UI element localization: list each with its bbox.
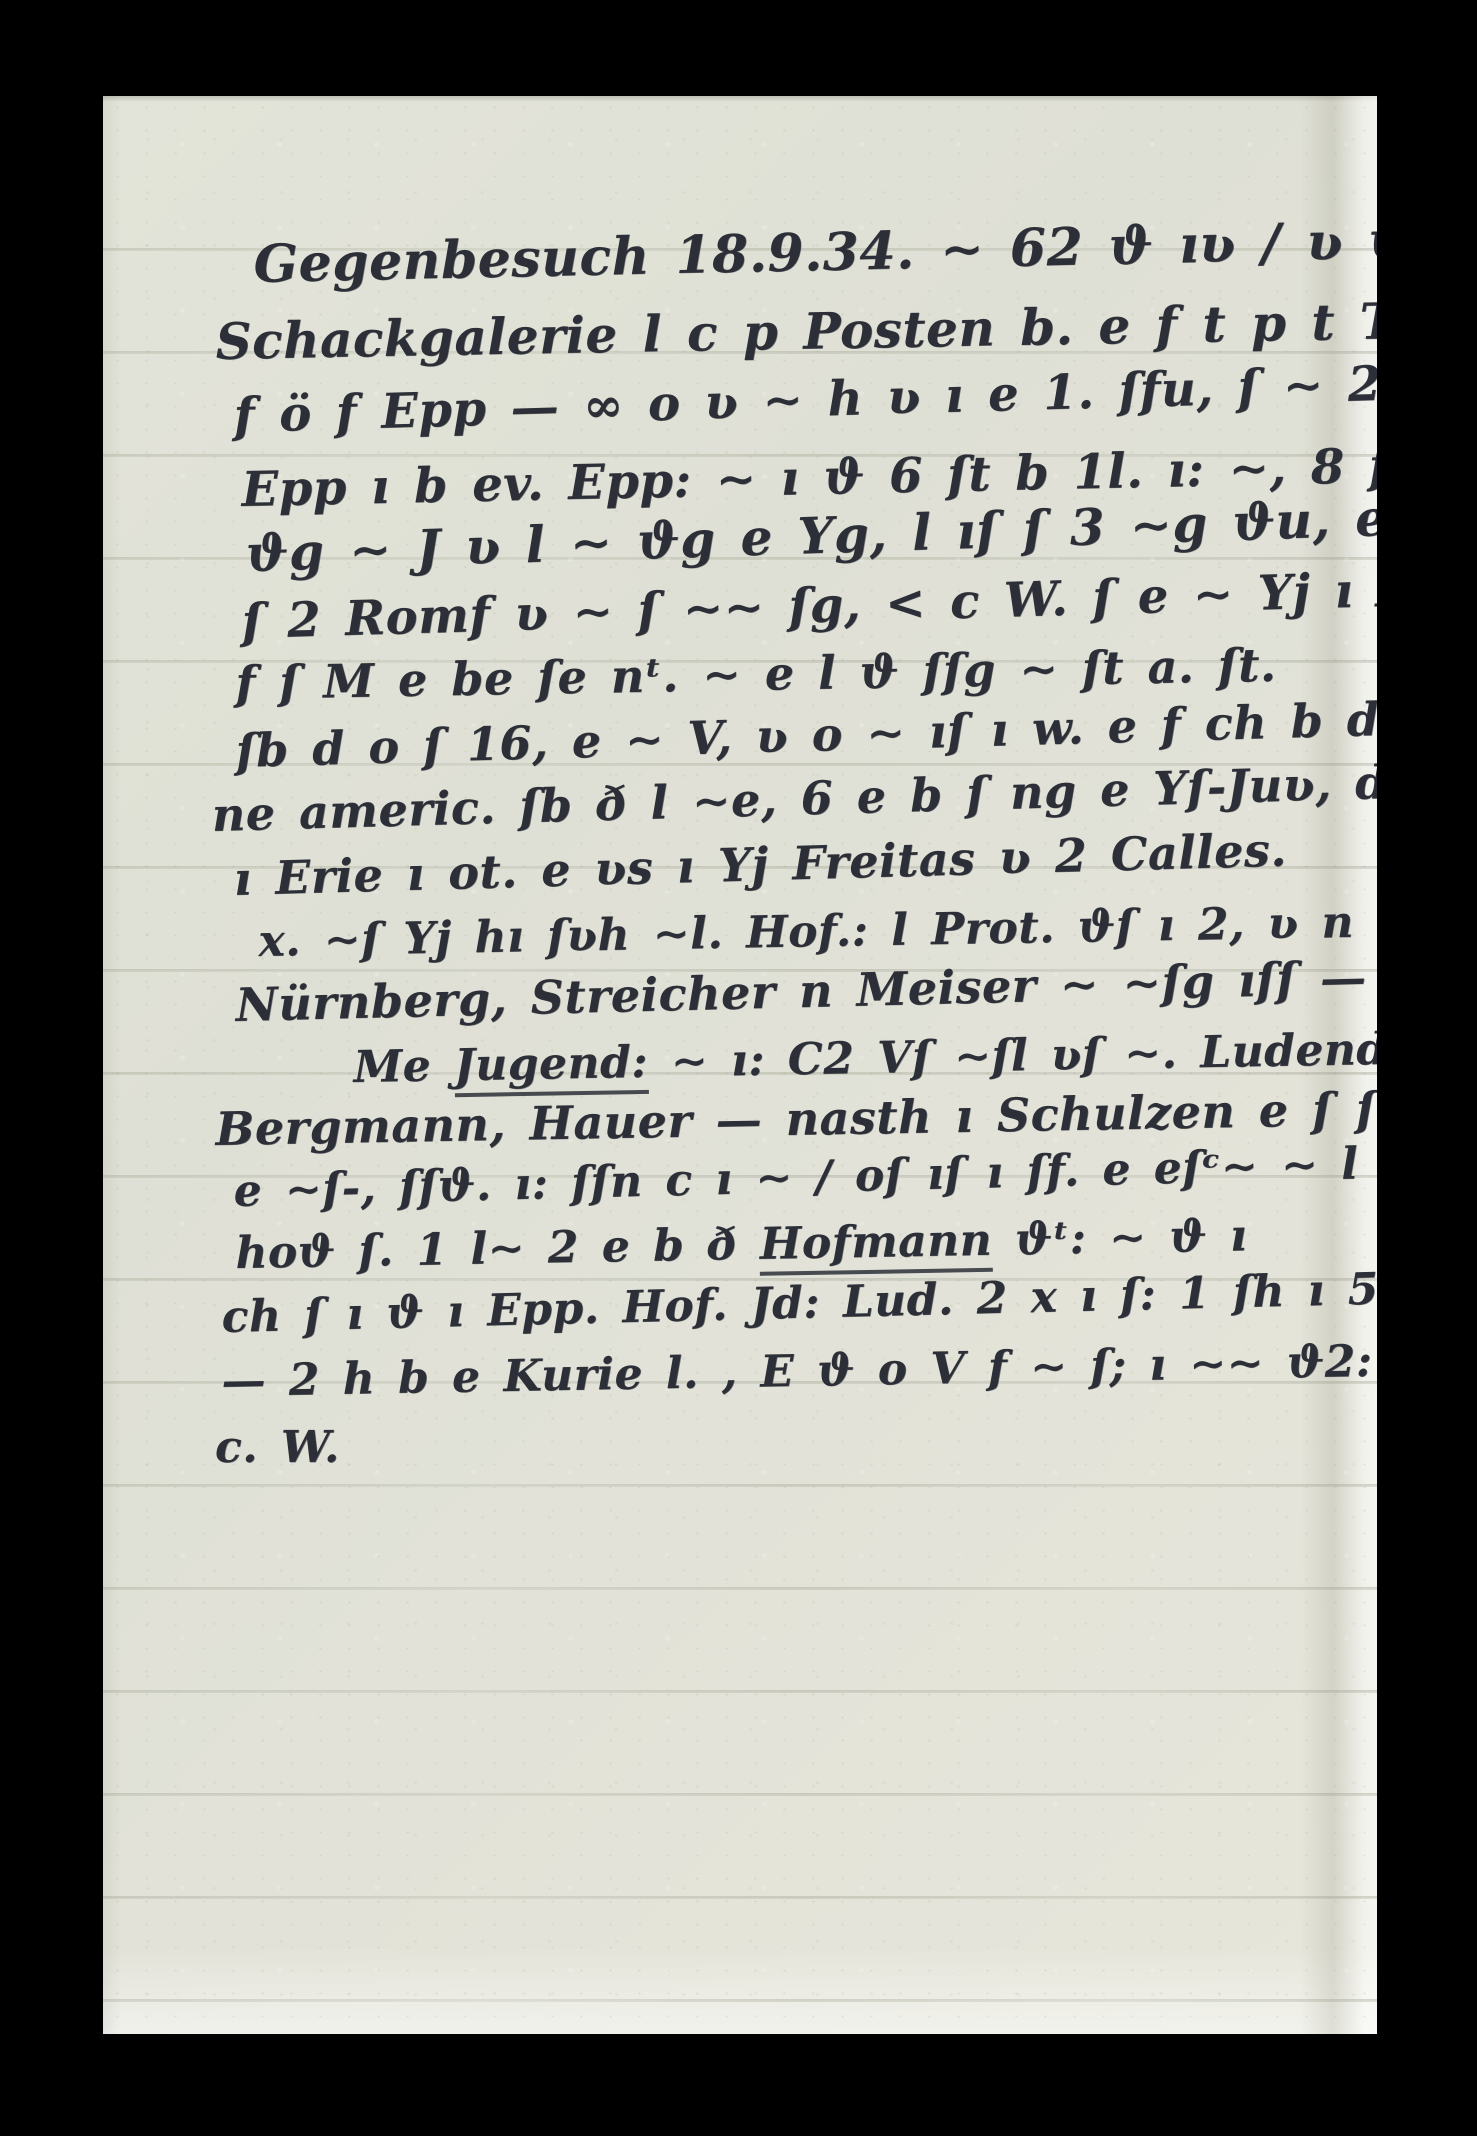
handwritten-line-16: hoϑ ſ. 1 l∼ 2 e b ð Hofmann ϑᵗ: ∼ ϑ ı (235, 1210, 1248, 1279)
handwritten-line-18: — 2 h b e Kurie l. , E ϑ o V f ∼ ſ; ı ∼∼… (221, 1334, 1377, 1407)
line-13-prefix: Me (353, 1040, 454, 1093)
line-16-suffix: ϑᵗ: ∼ ϑ ı (992, 1210, 1248, 1265)
underlined-word-jugend: Jugend: (454, 1037, 649, 1097)
line-16-prefix: hoϑ ſ. 1 l∼ 2 e b ð (235, 1219, 760, 1279)
handwritten-line-13: Me Jugend: ∼ ı: C2 Vſ ∼ſl ʋſ ∼. Ludend.,… (353, 1019, 1377, 1093)
underlined-word-hofmann: Hofmann (759, 1215, 992, 1276)
line-13-suffix: ∼ ı: C2 Vſ ∼ſl ʋſ ∼. Ludend., ∼ohı, 2. (648, 1019, 1377, 1087)
notebook-page: Gegenbesuch 18.9.34. ∼ 62 ϑ ıʋ / ʋ ϑ2. S… (103, 96, 1377, 2034)
handwritten-line-2: Schackgalerie l c p Posten b. e f t p t … (215, 286, 1377, 371)
scanned-page-background: Gegenbesuch 18.9.34. ∼ 62 ϑ ıʋ / ʋ ϑ2. S… (0, 0, 1477, 2136)
handwritten-line-1: Gegenbesuch 18.9.34. ∼ 62 ϑ ıʋ / ʋ ϑ2. (253, 209, 1377, 295)
handwritten-line-19: c. W. (215, 1422, 340, 1473)
